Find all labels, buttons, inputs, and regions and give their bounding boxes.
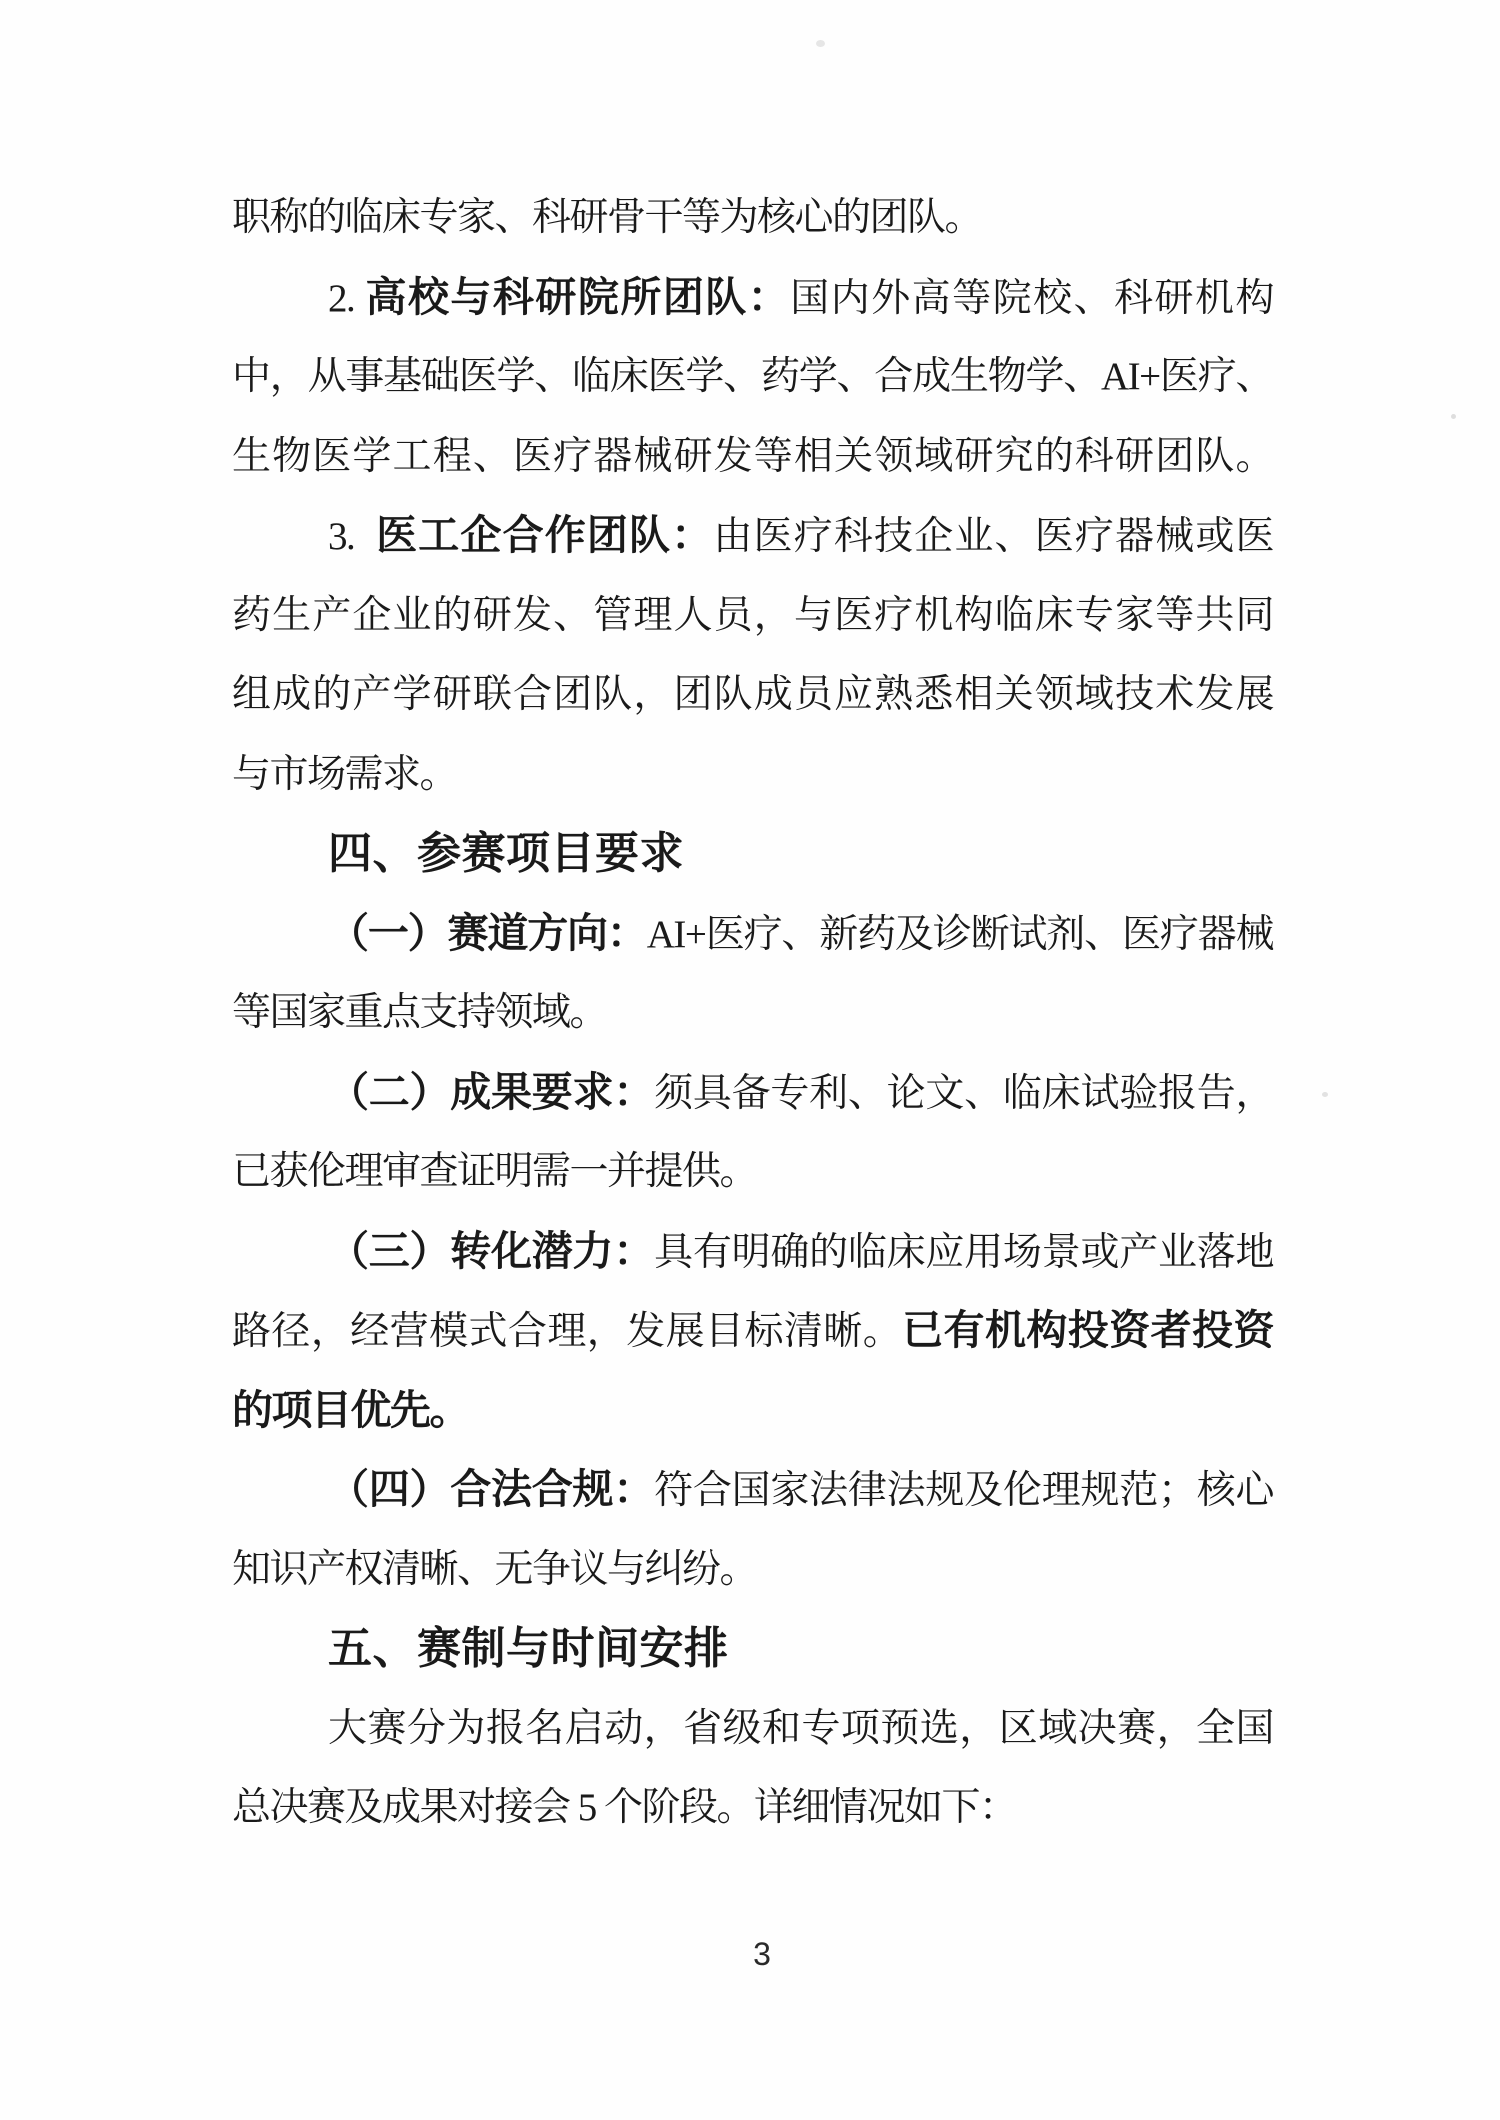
section-heading-five: 五、赛制与时间安排 <box>232 1609 1273 1689</box>
text-run: 符合国家法律法规及伦理规范；核心 <box>654 1469 1273 1512</box>
text-run: 须具备专利、论文、临床试验报告， <box>654 1072 1273 1115</box>
text-line: 职称的临床专家、科研骨干等为核心的团队。 <box>232 178 1273 258</box>
bold-run: 的项目优先。 <box>232 1387 469 1433</box>
text-run: 总决赛及成果对接会 5 个阶段。详细情况如下： <box>232 1786 1017 1829</box>
section-heading-four: 四、参赛项目要求 <box>232 814 1273 894</box>
text-run: 具有明确的临床应用场景或产业落地 <box>654 1231 1273 1274</box>
text-run: 2. <box>328 277 365 320</box>
text-run: 大赛分为报名启动，省级和专项预选，区域决赛，全国 <box>328 1707 1273 1750</box>
bold-run: （二）成果要求： <box>328 1069 654 1115</box>
bold-run: （一）赛道方向： <box>328 910 647 956</box>
page-number: 3 <box>12 1936 1500 1973</box>
text-run: 路径，经营模式合理，发展目标清晰。 <box>232 1310 902 1353</box>
bold-run: 高校与科研院所团队： <box>365 274 790 320</box>
text-line: 总决赛及成果对接会 5 个阶段。详细情况如下： <box>232 1768 1273 1848</box>
scan-artifact <box>1322 1092 1328 1097</box>
text-line: 已获伦理审查证明需一并提供。 <box>232 1132 1273 1212</box>
text-line: （一）赛道方向：AI+医疗、新药及诊断试剂、医疗器械 <box>232 894 1273 974</box>
text-line: 等国家重点支持领域。 <box>232 973 1273 1053</box>
text-line: 大赛分为报名启动，省级和专项预选，区域决赛，全国 <box>232 1689 1273 1769</box>
text-line: （三）转化潜力：具有明确的临床应用场景或产业落地 <box>232 1212 1273 1292</box>
body-text: 职称的临床专家、科研骨干等为核心的团队。 2. 高校与科研院所团队：国内外高等院… <box>232 178 1273 1848</box>
heading-text: 五、赛制与时间安排 <box>328 1624 729 1673</box>
text-run: 3. <box>328 515 376 558</box>
text-line: 的项目优先。 <box>232 1371 1273 1451</box>
text-line: 生物医学工程、医疗器械研发等相关领域研究的科研团队。 <box>232 417 1273 497</box>
text-line: 与市场需求。 <box>232 735 1273 815</box>
text-run: 知识产权清晰、无争议与纠纷。 <box>232 1548 757 1591</box>
text-line: 药生产企业的研发、管理人员，与医疗机构临床专家等共同 <box>232 576 1273 656</box>
text-line: 知识产权清晰、无争议与纠纷。 <box>232 1530 1273 1610</box>
heading-text: 四、参赛项目要求 <box>328 829 684 878</box>
text-run: 与市场需求。 <box>232 753 457 796</box>
text-run: 药生产企业的研发、管理人员，与医疗机构临床专家等共同 <box>232 594 1273 637</box>
text-run: 已获伦理审查证明需一并提供。 <box>232 1150 757 1193</box>
scan-artifact <box>1451 414 1456 419</box>
bold-run: 已有机构投资者投资 <box>902 1307 1273 1353</box>
text-run: 生物医学工程、医疗器械研发等相关领域研究的科研团队。 <box>232 435 1273 478</box>
text-run: 国内外高等院校、科研机构 <box>790 277 1273 320</box>
text-line: 中，从事基础医学、临床医学、药学、合成生物学、AI+医疗、 <box>232 337 1273 417</box>
text-line: 路径，经营模式合理，发展目标清晰。已有机构投资者投资 <box>232 1291 1273 1371</box>
text-line: （二）成果要求：须具备专利、论文、临床试验报告， <box>232 1053 1273 1133</box>
text-run: 由医疗科技企业、医疗器械或医 <box>713 515 1273 558</box>
document-page: 职称的临床专家、科研骨干等为核心的团队。 2. 高校与科研院所团队：国内外高等院… <box>0 0 1500 2120</box>
text-run: 职称的临床专家、科研骨干等为核心的团队。 <box>232 196 982 239</box>
text-run: 中，从事基础医学、临床医学、药学、合成生物学、AI+医疗、 <box>232 355 1273 398</box>
text-line: 3. 医工企合作团队：由医疗科技企业、医疗器械或医 <box>232 496 1273 576</box>
text-line: 组成的产学研联合团队，团队成员应熟悉相关领域技术发展 <box>232 655 1273 735</box>
text-line: （四）合法合规：符合国家法律法规及伦理规范；核心 <box>232 1450 1273 1530</box>
bold-run: 医工企合作团队： <box>376 512 713 558</box>
text-run: AI+医疗、新药及诊断试剂、医疗器械 <box>647 913 1273 956</box>
scan-artifact <box>816 40 825 47</box>
text-line: 2. 高校与科研院所团队：国内外高等院校、科研机构 <box>232 258 1273 338</box>
bold-run: （四）合法合规： <box>328 1466 654 1512</box>
text-run: 等国家重点支持领域。 <box>232 991 607 1034</box>
bold-run: （三）转化潜力： <box>328 1228 654 1274</box>
text-run: 组成的产学研联合团队，团队成员应熟悉相关领域技术发展 <box>232 673 1273 716</box>
